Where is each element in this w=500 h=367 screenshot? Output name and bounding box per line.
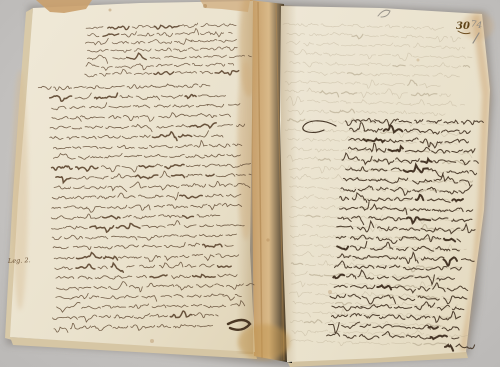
manuscript-svg: 30 74 Leg. 2.: [0, 0, 500, 367]
manuscript-photo: 30 74 Leg. 2.: [0, 0, 500, 367]
foxing-dot-2: [109, 9, 112, 12]
margin-note: Leg. 2.: [7, 256, 31, 265]
stain-fold-bottom: [238, 324, 290, 360]
stain-left-edge: [12, 70, 28, 310]
stain-left-page-right-edge: [237, 60, 255, 240]
foxing-dot-6: [417, 59, 420, 62]
folio-number-ink: 30: [456, 21, 470, 32]
foxing-dot-1: [203, 4, 207, 8]
foxing-dot-5: [150, 339, 154, 343]
foxing-dot-4: [266, 238, 269, 241]
fold-shadow-right: [281, 5, 297, 361]
